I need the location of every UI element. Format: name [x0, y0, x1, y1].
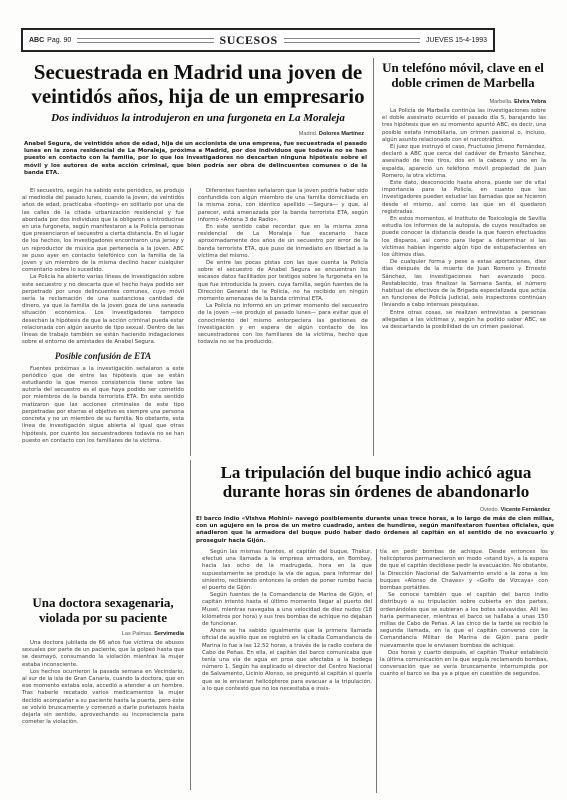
article-ship-byline: Oviedo. Vicente Fernández	[196, 507, 550, 513]
byline-author: Elvira Yebra	[514, 99, 546, 105]
article-marbella-byline: Marbella. Elvira Yebra	[378, 99, 546, 105]
publication-name: ABC	[29, 37, 44, 44]
paragraph: En estos momentos, el Instituto de Toxic…	[382, 216, 546, 259]
article-marbella-body: La Policía de Marbella continúa las inve…	[382, 108, 546, 331]
article-kidnapping-byline: Madrid. Dolores Martínez	[200, 131, 364, 137]
paragraph: Según fuentes de la Comandancia de Marin…	[202, 592, 372, 628]
article-kidnapping-column-1: El secuestro, según ha sabido este perió…	[22, 188, 184, 445]
paragraph: El juez que instruyó el caso, Fructuoso …	[382, 144, 546, 180]
masthead-rule-right	[284, 38, 420, 43]
paragraph: De entre las pocas pistas con las que cu…	[198, 260, 368, 303]
paragraph: Se conoce también que el capitán del bar…	[380, 592, 548, 650]
article-kidnapping-subheadline: Dos individuos la introdujeron en una fu…	[26, 112, 370, 124]
byline-author: Vicente Fernández	[501, 507, 550, 513]
byline-place: Madrid.	[299, 131, 318, 137]
paragraph: Diferentes fuentes señalaron que la jove…	[198, 188, 368, 224]
page-masthead: ABC Pag. 90 SUCESOS JUEVES 15-4-1993	[21, 28, 495, 52]
byline-author: Dolores Martínez	[319, 131, 364, 137]
paragraph: tía en pedir bombas de achique. Desde en…	[380, 549, 548, 592]
paragraph: Una doctora jubilada de 66 años fue víct…	[22, 640, 184, 669]
column-divider	[190, 460, 191, 790]
masthead-left: ABC Pag. 90	[29, 37, 71, 44]
article-marbella-headline: Un telefóno móvil, clave en el doble cri…	[378, 60, 548, 90]
paragraph: La Policía no informó en un primer momen…	[198, 303, 368, 346]
issue-date: JUEVES 15-4-1993	[426, 37, 487, 44]
article-ship-headline: La tripulación del buque indio achicó ag…	[196, 463, 556, 501]
byline-place: Las Palmas.	[122, 631, 153, 637]
section-title: SUCESOS	[220, 33, 278, 48]
article-ship-column-2: tía en pedir bombas de achique. Desde en…	[380, 549, 548, 679]
paragraph: Los hechos ocurrieron la pasada semana e…	[22, 669, 184, 727]
byline-place: Marbella.	[489, 99, 512, 105]
article-ship-column-1: Según las mismas fuentes, el capitán del…	[202, 549, 372, 693]
paragraph: La Policía de Marbella continúa las inve…	[382, 108, 546, 144]
article-doctor-body: Una doctora jubilada de 66 años fue víct…	[22, 640, 184, 726]
paragraph: En este sentido cabe recordar que en la …	[198, 224, 368, 260]
article-doctor-headline: Una doctora sexagenaria, violada por su …	[22, 595, 184, 625]
article-kidnapping-headline: Secuestrada en Madrid una joven de veint…	[28, 60, 368, 108]
paragraph: Fuentes próximas a la investigación seña…	[22, 366, 184, 445]
column-divider	[376, 549, 377, 793]
article-ship-lead: El barco indio «Vishva Mohini» navegó po…	[196, 516, 554, 545]
column-divider	[190, 188, 191, 456]
paragraph: La Policía ha abierto varias líneas de i…	[22, 274, 184, 346]
article-kidnapping-subhead: Posible confusión de ETA	[22, 353, 184, 360]
byline-author: Servimedia	[154, 631, 184, 637]
column-divider	[373, 58, 374, 456]
article-kidnapping-column-2: Diferentes fuentes señalaron que la jove…	[198, 188, 368, 346]
page-number: Pag. 90	[47, 37, 71, 44]
paragraph: El secuestro, según ha sabido este perió…	[22, 188, 184, 274]
byline-place: Oviedo.	[480, 507, 499, 513]
article-doctor-byline: Las Palmas. Servimedia	[22, 631, 184, 637]
paragraph: Según las mismas fuentes, el capitán del…	[202, 549, 372, 592]
paragraph: Ahora se ha sabido igualmente que la pri…	[202, 628, 372, 693]
article-kidnapping-lead: Anabel Segura, de veintidós años de edad…	[24, 141, 367, 177]
masthead-rule-left	[77, 38, 213, 43]
paragraph: Este dato, desconocido hasta ahora, pued…	[382, 180, 546, 216]
paragraph: Entre otras cosas, se realizan entrevist…	[382, 310, 546, 332]
paragraph: Dos horas y cuarto después, el capitán T…	[380, 650, 548, 679]
paragraph: De cualquier forma y pese a estas aporta…	[382, 259, 546, 309]
